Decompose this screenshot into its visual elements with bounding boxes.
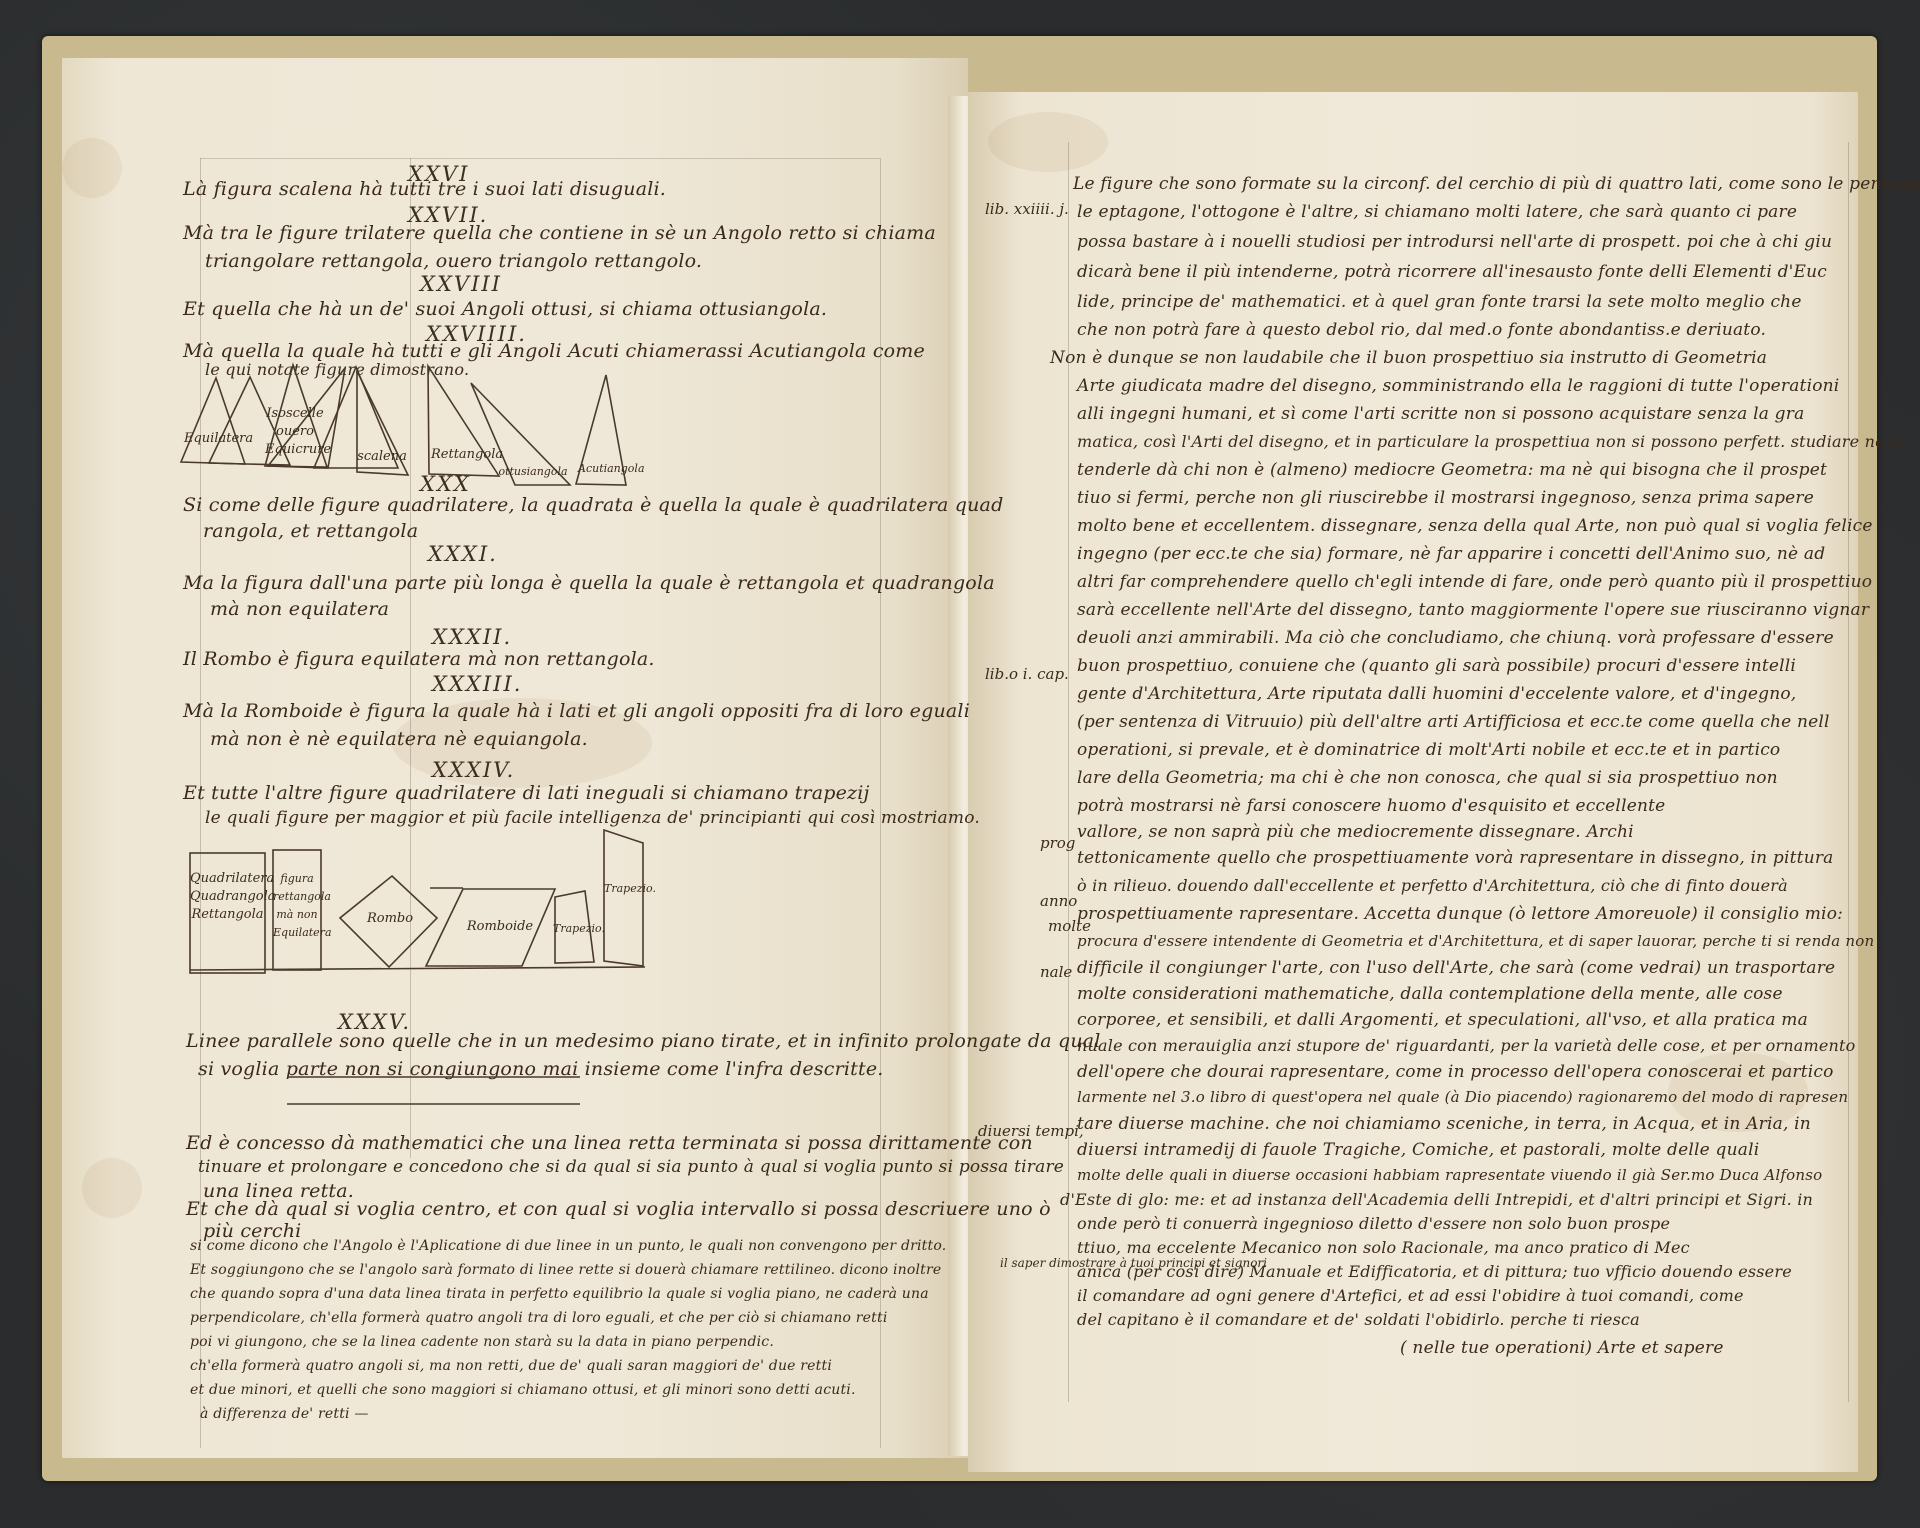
- text-line: buon prospettiuo, conuiene che (quanto g…: [1077, 656, 1796, 676]
- text-line: à differenza de' retti —: [200, 1406, 369, 1422]
- text-line: Et soggiungono che se l'angolo sarà form…: [190, 1262, 941, 1278]
- text-line: tenderle dà chi non è (almeno) mediocre …: [1077, 460, 1827, 480]
- text-line: lide, principe de' mathematici. et à que…: [1077, 292, 1802, 312]
- text-line: alli ingegni humani, et sì come l'arti s…: [1077, 404, 1804, 424]
- text-line: lare della Geometria; ma chi è che non c…: [1077, 768, 1778, 788]
- text-line: ( nelle tue operationi) Arte et sapere: [1400, 1338, 1724, 1358]
- text-line: Ed è concesso dà mathematici che una lin…: [186, 1132, 1033, 1154]
- text-line: anica (per così dire) Manuale et Ediffic…: [1077, 1262, 1792, 1281]
- text-line: gente d'Architettura, Arte riputata dall…: [1077, 684, 1796, 704]
- margin-note: nale: [1040, 963, 1072, 981]
- text-line: tettonicamente quello che prospettiuamen…: [1077, 848, 1834, 868]
- text-line: dell'opere che dourai rapresentare, come…: [1077, 1062, 1834, 1082]
- margin-note: diuersi tempi,: [978, 1122, 1084, 1140]
- margin-note: lib.o i. cap.: [985, 665, 1069, 683]
- text-line: d'Este di glo: me: et ad instanza dell'A…: [1060, 1190, 1813, 1209]
- text-line: procura d'essere intendente di Geometria…: [1077, 932, 1874, 950]
- text-line: Le figure che sono formate su la circonf…: [1073, 174, 1920, 194]
- text-line: nuale con merauiglia anzi stupore de' ri…: [1077, 1036, 1856, 1055]
- text-line: Et che dà qual si voglia centro, et con …: [186, 1198, 1051, 1220]
- text-line: che quando sopra d'una data linea tirata…: [190, 1286, 929, 1302]
- text-line: che non potrà fare à questo debol rio, d…: [1077, 320, 1766, 340]
- text-line: Arte giudicata madre del disegno, sommin…: [1077, 376, 1839, 396]
- text-line: (per sentenza di Vitruuio) più dell'altr…: [1077, 712, 1830, 732]
- text-line: larmente nel 3.o libro di quest'opera ne…: [1077, 1088, 1848, 1106]
- margin-note: prog: [1040, 834, 1075, 852]
- text-line: deuoli anzi ammirabili. Ma ciò che concl…: [1077, 628, 1834, 648]
- text-line: le eptagone, l'ottogone è l'altre, si ch…: [1077, 202, 1797, 222]
- text-line: poi vi giungono, che se la linea cadente…: [190, 1334, 774, 1350]
- text-line: ttiuo, ma eccelente Mecanico non solo Ra…: [1077, 1238, 1690, 1257]
- text-line: diuersi intramedij di fauole Tragiche, C…: [1077, 1140, 1759, 1160]
- text-line: dicarà bene il più intenderne, potrà ric…: [1077, 262, 1827, 282]
- text-line: tiuo si fermi, perche non gli riuscirebb…: [1077, 488, 1814, 508]
- text-line: vallore, se non saprà più che mediocreme…: [1077, 822, 1634, 842]
- text-line: prospettiuamente rapresentare. Accetta d…: [1077, 904, 1843, 924]
- text-line: si come dicono che l'Angolo è l'Aplicati…: [190, 1238, 946, 1254]
- text-line: operationi, si prevale, et è dominatrice…: [1077, 740, 1780, 760]
- text-line: tinuare et prolongare e concedono che si…: [198, 1157, 1064, 1177]
- text-line: tare diuerse machine. che noi chiamiamo …: [1077, 1114, 1811, 1134]
- margin-note: lib. xxiiii. j.: [985, 200, 1069, 218]
- margin-note: anno: [1040, 892, 1077, 910]
- text-line: matica, così l'Arti del disegno, et in p…: [1077, 432, 1906, 451]
- text-line: molte considerationi mathematiche, dalla…: [1077, 984, 1783, 1004]
- text-line: Non è dunque se non laudabile che il buo…: [1050, 348, 1767, 368]
- text-line: corporee, et sensibili, et dalli Argomen…: [1077, 1010, 1808, 1030]
- text-line: molte delle quali in diuerse occasioni h…: [1077, 1166, 1822, 1184]
- text-line: del capitano è il comandare et de' solda…: [1077, 1310, 1640, 1329]
- text-line: molto bene et eccellentem. dissegnare, s…: [1077, 516, 1873, 536]
- text-line: ingegno (per ecc.te che sia) formare, nè…: [1077, 544, 1825, 564]
- text-line: altri far comprehendere quello ch'egli i…: [1077, 572, 1872, 592]
- text-line: perpendicolare, ch'ella formerà quatro a…: [190, 1310, 888, 1326]
- text-line: et due minori, et quelli che sono maggio…: [190, 1382, 856, 1398]
- text-line: possa bastare à i nouelli studiosi per i…: [1077, 232, 1832, 252]
- text-line: sarà eccellente nell'Arte del dissegno, …: [1077, 600, 1869, 620]
- text-line: ch'ella formerà quatro angoli si, ma non…: [190, 1358, 832, 1374]
- text-line: il comandare ad ogni genere d'Artefici, …: [1077, 1286, 1744, 1305]
- text-line: onde però ti conuerrà ingegnioso diletto…: [1077, 1214, 1670, 1233]
- text-line: ò in rilieuo. douendo dall'eccellente et…: [1077, 876, 1788, 895]
- text-line: potrà mostrarsi nè farsi conoscere huomo…: [1077, 796, 1665, 816]
- text-line: difficile il congiunger l'arte, con l'us…: [1077, 958, 1835, 978]
